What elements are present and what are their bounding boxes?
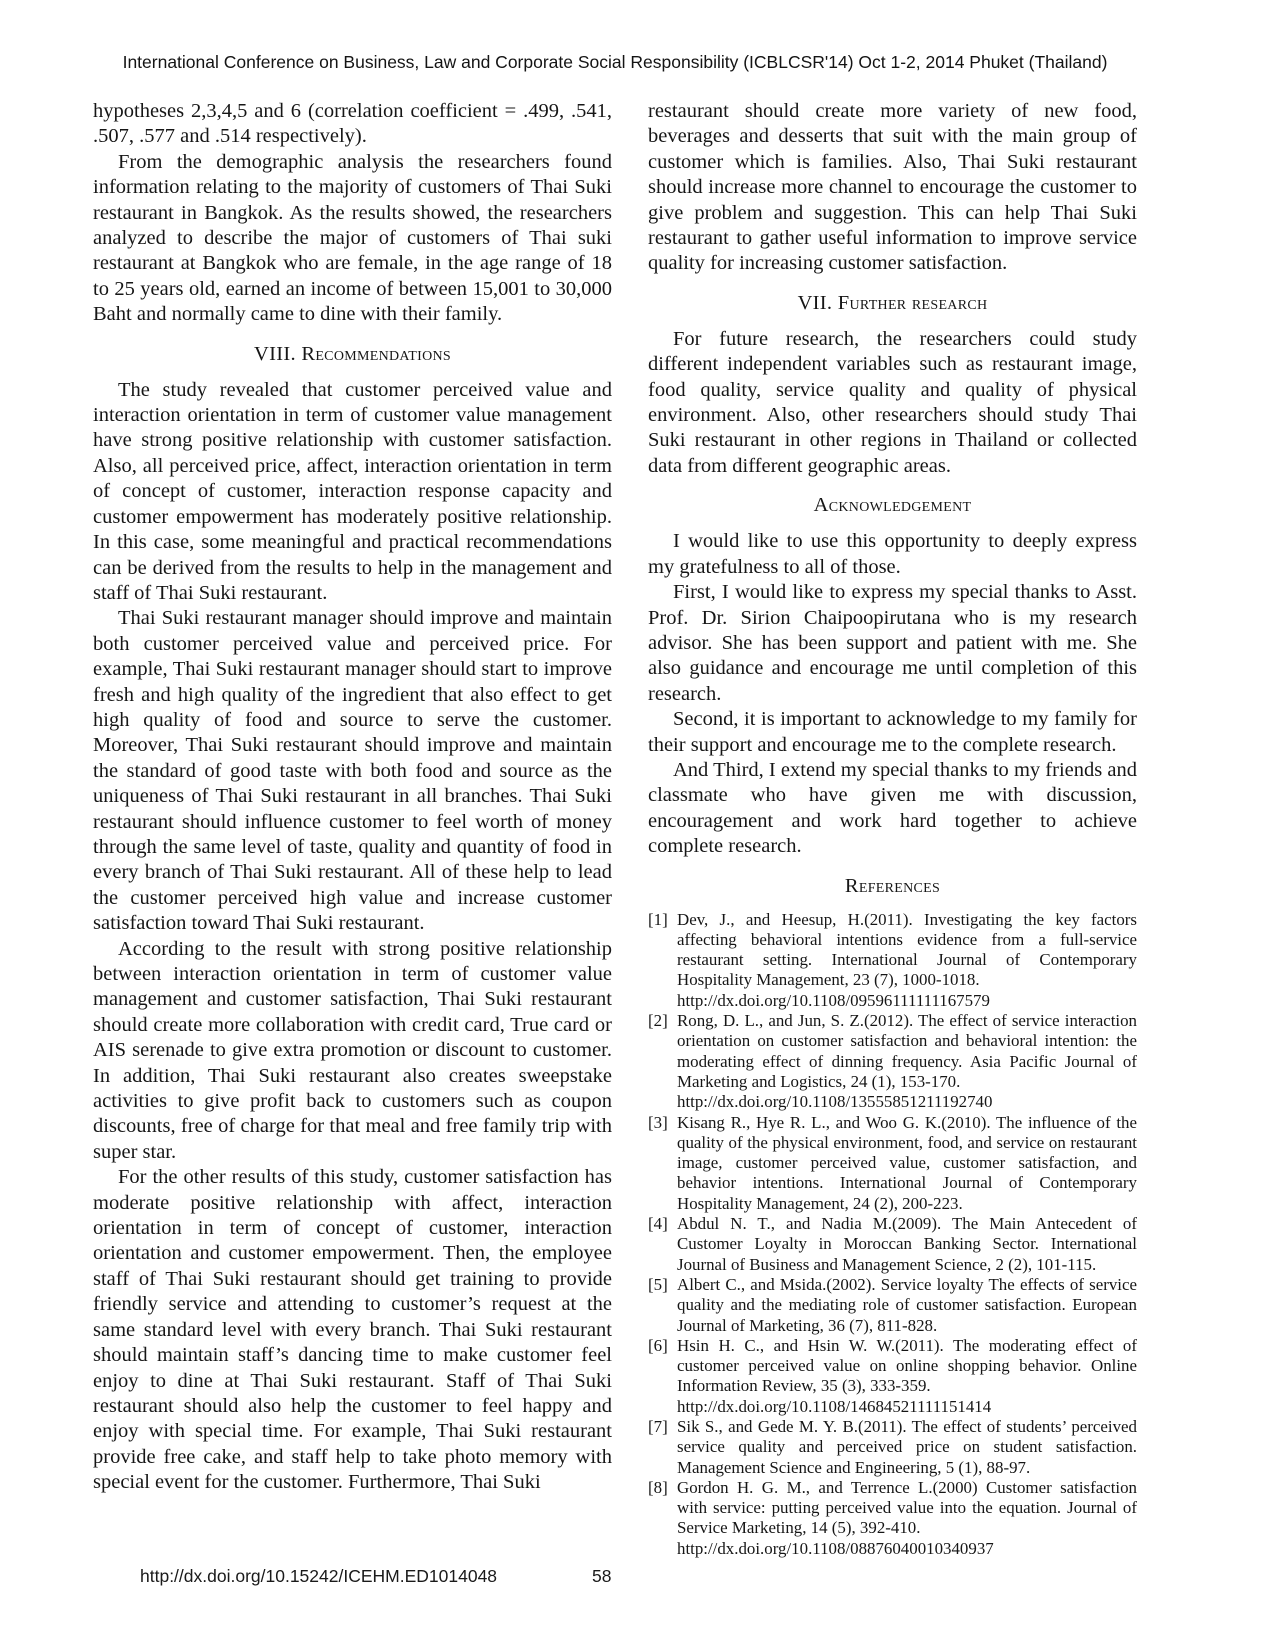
reference-text: Sik S., and Gede M. Y. B.(2011). The eff… (677, 1417, 1137, 1477)
reference-item: [3] Kisang R., Hye R. L., and Woo G. K.(… (648, 1113, 1137, 1214)
left-column: hypotheses 2,3,4,5 and 6 (correlation co… (93, 99, 612, 1496)
reference-label: [7] (648, 1417, 668, 1437)
reference-doi: http://dx.doi.org/10.1108/13555851211192… (677, 1092, 1137, 1112)
page-number: 58 (592, 1566, 611, 1587)
reference-label: [3] (648, 1113, 668, 1133)
section-heading-further-research: VII. Further research (648, 291, 1137, 316)
reference-item: [5] Albert C., and Msida.(2002). Service… (648, 1275, 1137, 1336)
reference-label: [8] (648, 1478, 668, 1498)
reference-text: Albert C., and Msida.(2002). Service loy… (677, 1275, 1137, 1335)
reference-list: [1] Dev, J., and Heesup, H.(2011). Inves… (648, 910, 1137, 1560)
reference-text: Gordon H. G. M., and Terrence L.(2000) C… (677, 1478, 1137, 1538)
paragraph: Second, it is important to acknowledge t… (648, 707, 1137, 758)
paragraph: hypotheses 2,3,4,5 and 6 (correlation co… (93, 99, 612, 150)
reference-label: [1] (648, 910, 668, 930)
paragraph: restaurant should create more variety of… (648, 99, 1137, 277)
paragraph: For the other results of this study, cus… (93, 1165, 612, 1495)
section-heading-recommendations: VIII. Recommendations (93, 342, 612, 367)
right-column: restaurant should create more variety of… (648, 99, 1137, 1559)
section-heading-references: References (648, 874, 1137, 899)
reference-label: [5] (648, 1275, 668, 1295)
reference-label: [4] (648, 1214, 668, 1234)
paragraph: The study revealed that customer perceiv… (93, 378, 612, 607)
reference-label: [6] (648, 1336, 668, 1356)
reference-item: [7] Sik S., and Gede M. Y. B.(2011). The… (648, 1417, 1137, 1478)
reference-text: Abdul N. T., and Nadia M.(2009). The Mai… (677, 1214, 1137, 1274)
paragraph: According to the result with strong posi… (93, 937, 612, 1166)
reference-item: [4] Abdul N. T., and Nadia M.(2009). The… (648, 1214, 1137, 1275)
reference-item: [8] Gordon H. G. M., and Terrence L.(200… (648, 1478, 1137, 1559)
reference-item: [6] Hsin H. C., and Hsin W. W.(2011). Th… (648, 1336, 1137, 1417)
paragraph: For future research, the researchers cou… (648, 327, 1137, 479)
reference-label: [2] (648, 1011, 668, 1031)
reference-text: Hsin H. C., and Hsin W. W.(2011). The mo… (677, 1336, 1137, 1396)
paragraph: From the demographic analysis the resear… (93, 150, 612, 328)
footer-doi: http://dx.doi.org/10.15242/ICEHM.ED10140… (140, 1566, 497, 1587)
reference-text: Kisang R., Hye R. L., and Woo G. K.(2010… (677, 1113, 1137, 1213)
reference-doi: http://dx.doi.org/10.1108/08876040010340… (677, 1539, 1137, 1559)
paragraph: I would like to use this opportunity to … (648, 529, 1137, 580)
reference-text: Dev, J., and Heesup, H.(2011). Investiga… (677, 910, 1137, 990)
paragraph: Thai Suki restaurant manager should impr… (93, 606, 612, 936)
paragraph: And Third, I extend my special thanks to… (648, 758, 1137, 860)
paper-page: International Conference on Business, La… (0, 0, 1275, 1650)
section-heading-acknowledgement: Acknowledgement (648, 493, 1137, 518)
paragraph: First, I would like to express my specia… (648, 580, 1137, 707)
conference-header: International Conference on Business, La… (90, 51, 1140, 73)
reference-text: Rong, D. L., and Jun, S. Z.(2012). The e… (677, 1011, 1137, 1091)
reference-item: [1] Dev, J., and Heesup, H.(2011). Inves… (648, 910, 1137, 1011)
reference-doi: http://dx.doi.org/10.1108/14684521111151… (677, 1397, 1137, 1417)
reference-item: [2] Rong, D. L., and Jun, S. Z.(2012). T… (648, 1011, 1137, 1112)
reference-doi: http://dx.doi.org/10.1108/09596111111167… (677, 991, 1137, 1011)
